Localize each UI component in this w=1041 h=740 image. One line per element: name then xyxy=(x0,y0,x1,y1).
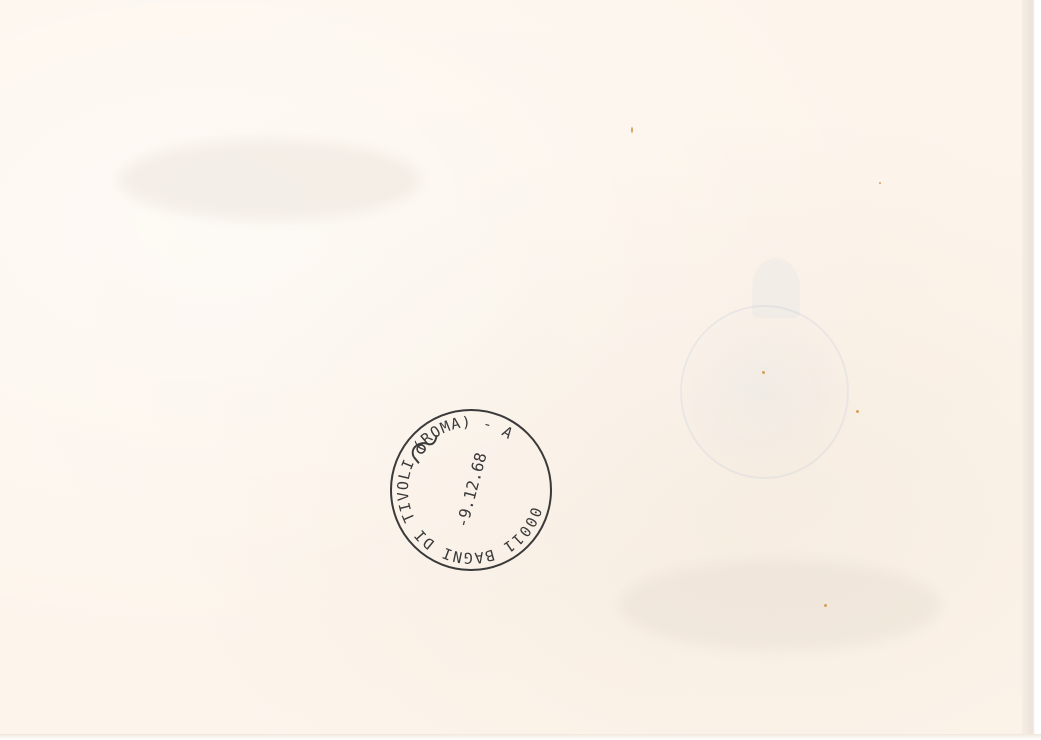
paper-speck xyxy=(824,604,827,607)
paper-crease xyxy=(120,140,420,220)
ghost-stamp xyxy=(680,305,849,479)
paper-speck xyxy=(879,182,881,184)
paper-crease xyxy=(620,560,940,650)
paper-speck xyxy=(856,410,859,413)
paper-speck xyxy=(631,127,633,133)
envelope-bottom-edge xyxy=(0,734,1041,740)
paper-speck xyxy=(762,371,765,374)
postmark-date: -9.12.68 xyxy=(452,450,490,529)
envelope-back: 00011 BAGNI DI TIVOLI (ROMA) - A -9.12.6… xyxy=(0,0,1033,738)
postmark: 00011 BAGNI DI TIVOLI (ROMA) - A -9.12.6… xyxy=(388,407,554,573)
envelope-right-edge xyxy=(1022,0,1041,740)
